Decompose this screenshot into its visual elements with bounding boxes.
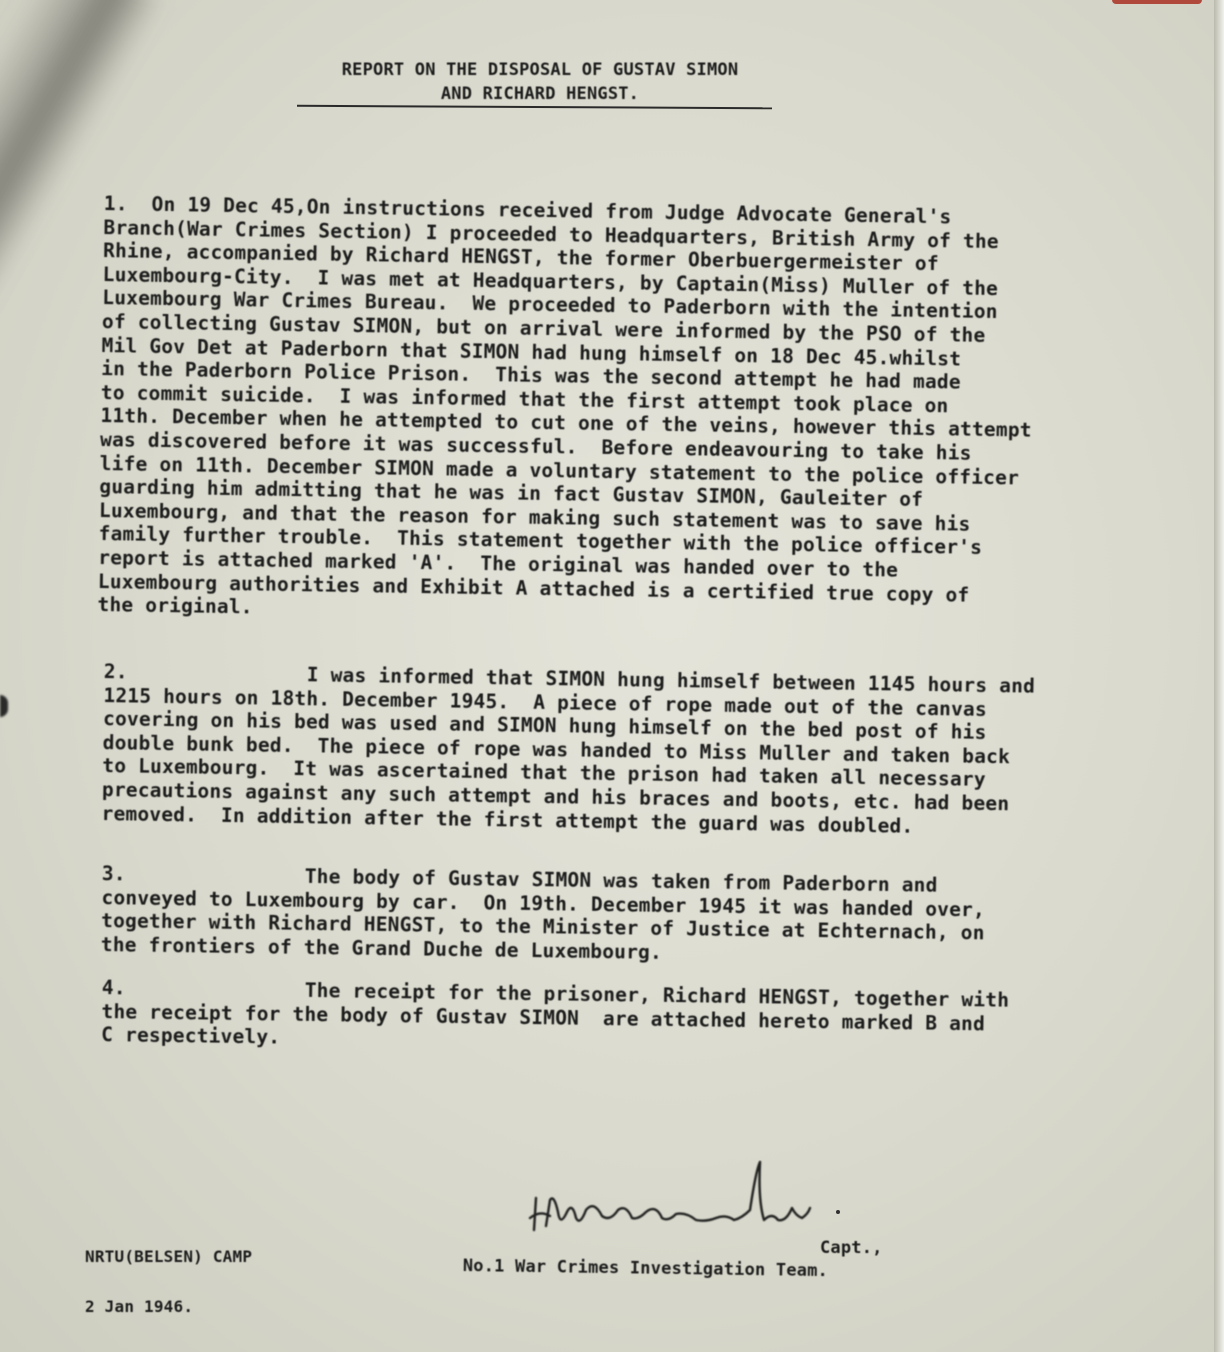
red-folder-tab — [1112, 0, 1202, 4]
title-line-2: AND RICHARD HENGST. — [300, 82, 780, 106]
document-reference: NRTU(BELSEN) CAMP — [85, 1247, 252, 1266]
page-edge — [1214, 0, 1224, 1352]
document-date: 2 Jan 1946. — [85, 1297, 193, 1316]
paragraph-1: 1. On 19 Dec 45,On instructions received… — [97, 192, 1035, 631]
paragraph-3: 3. The body of Gustav SIMON was taken fr… — [101, 862, 986, 969]
title-line-1: REPORT ON THE DISPOSAL OF GUSTAV SIMON — [300, 58, 780, 82]
paragraph-4: 4. The receipt for the prisoner, Richard… — [101, 976, 1009, 1059]
signatory-rank: Capt., — [820, 1238, 883, 1258]
document-title: REPORT ON THE DISPOSAL OF GUSTAV SIMON A… — [300, 58, 780, 106]
paragraph-2: 2. I was informed that SIMON hung himsel… — [101, 660, 1035, 840]
handwritten-signature — [520, 1160, 850, 1240]
